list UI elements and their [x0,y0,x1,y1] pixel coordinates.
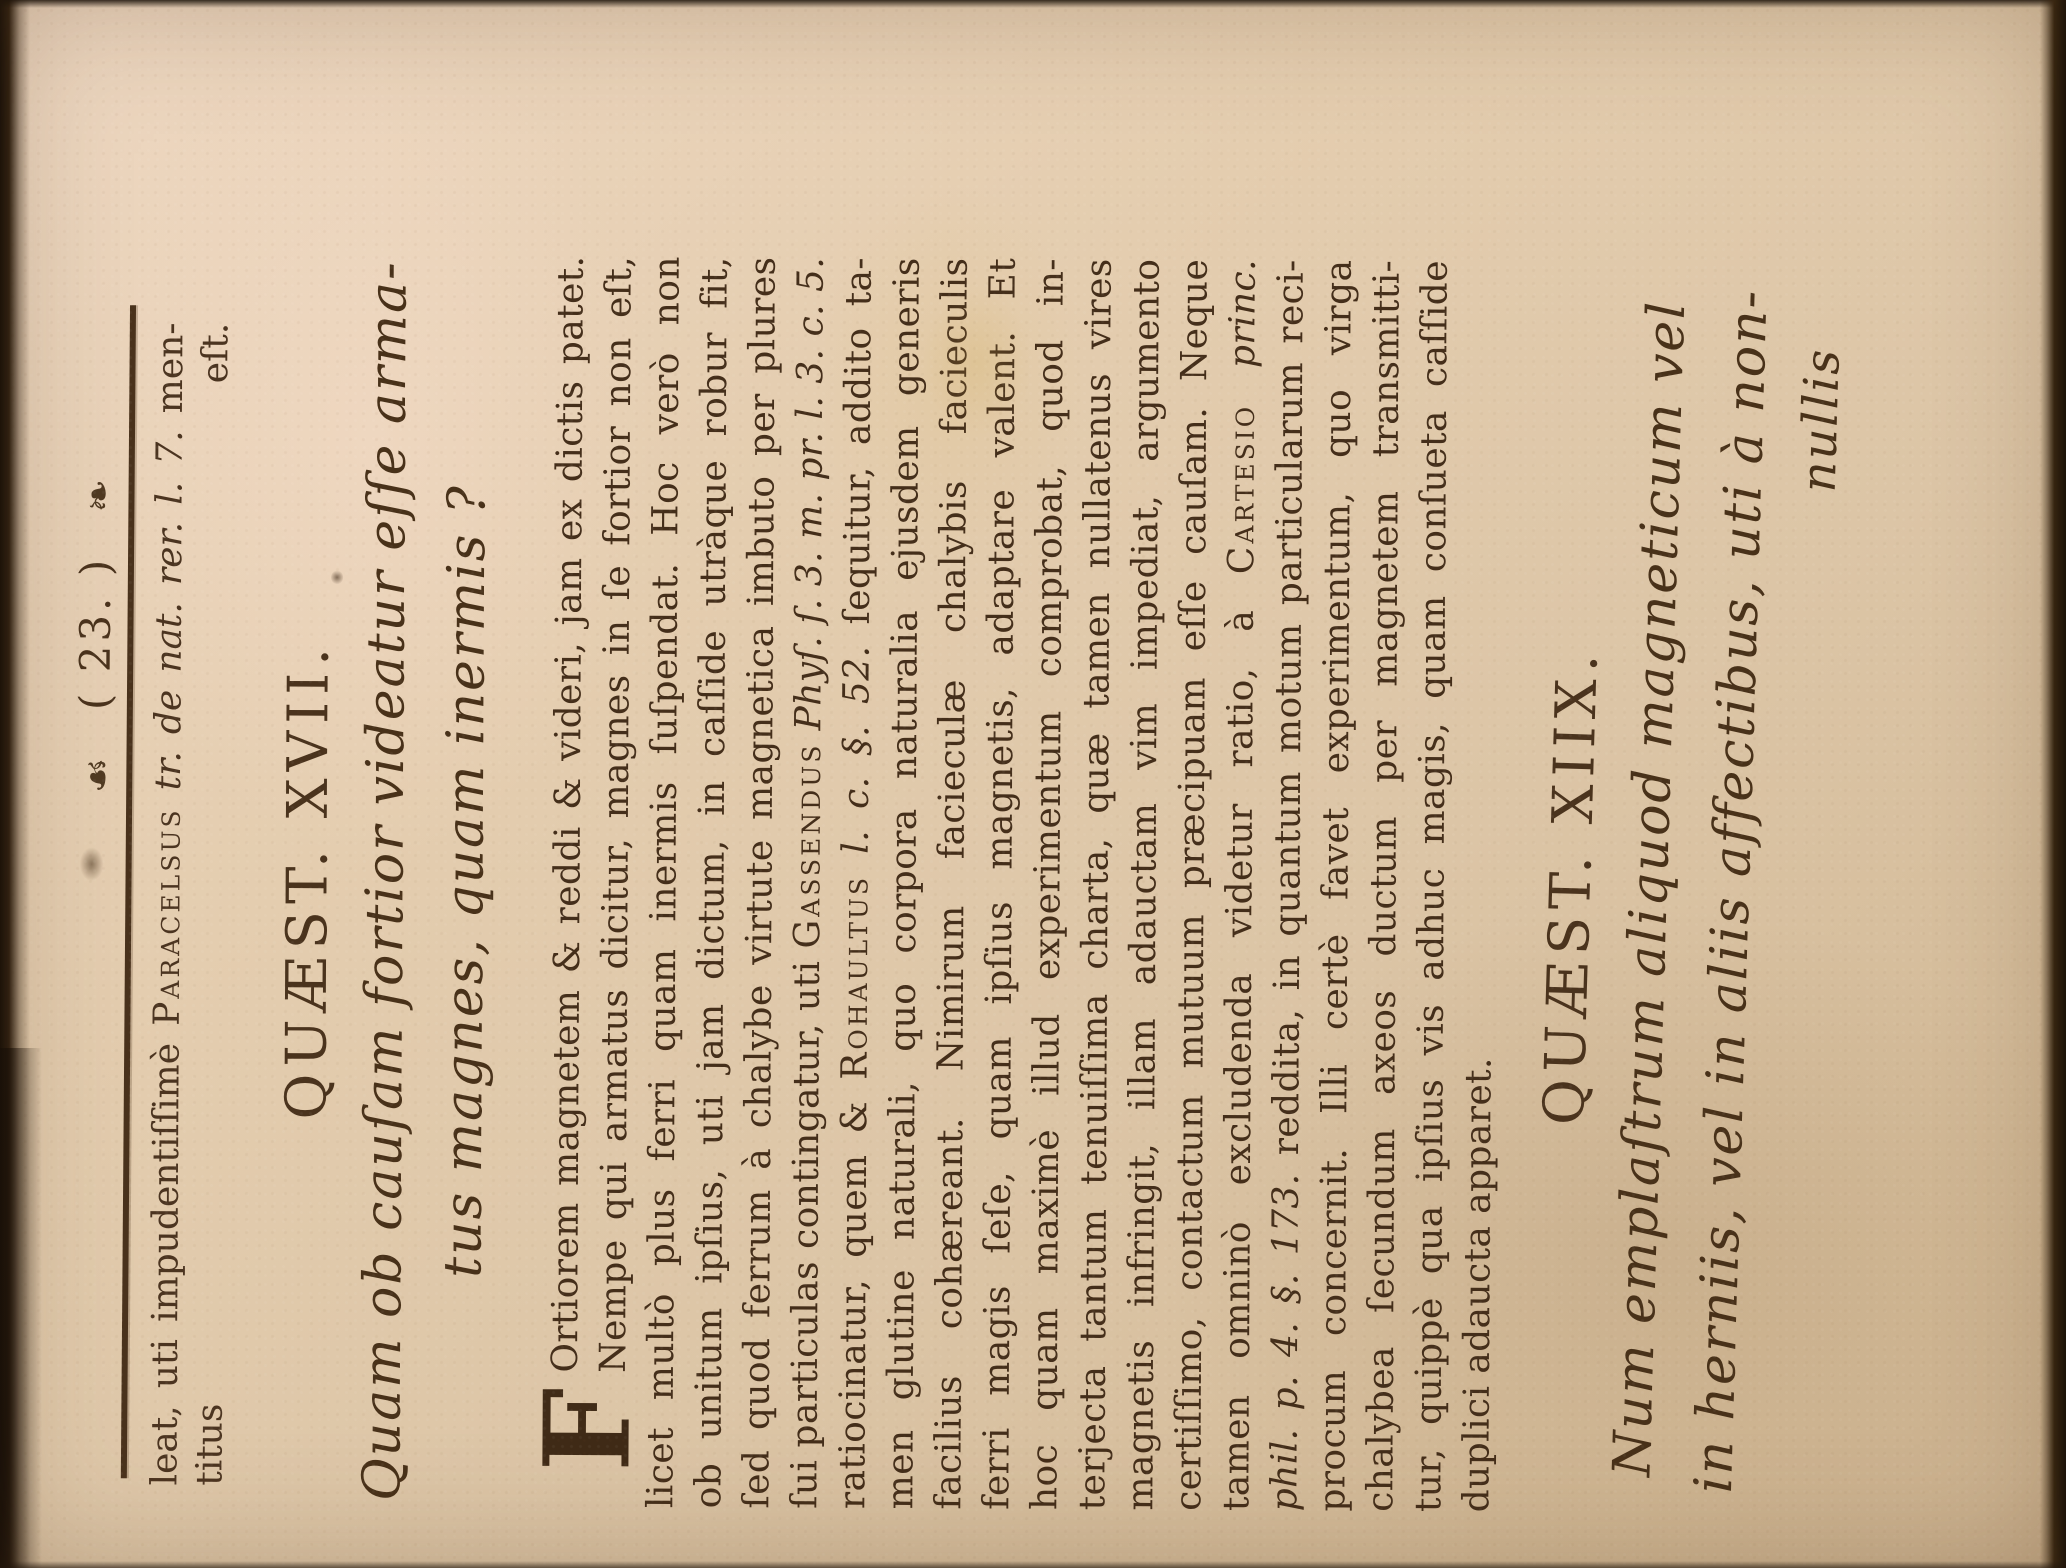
paragraph-continuation: leat, uti impudentiſſimè Paracelsus tr. … [142,322,238,1485]
paper-stain [922,287,1033,438]
quaest-17-subtitle: Quam ob cauſam fortior videatur eſſe arm… [342,254,509,1507]
quaest-17-body: F Ortiorem magnetem & reddi & videri, ja… [541,255,1508,1512]
header-rule [121,305,136,1478]
page-content: ☙ ( 23. ) ❧ leat, uti impudentiſſimè Par… [0,0,2066,1568]
fleuron-left-icon: ☙ [75,753,121,793]
quaest-17-heading: QUÆST. XVII. [272,254,344,1506]
quaest-17-body-lines: Ortiorem magnetem & reddi & videri, jam … [541,255,1508,1512]
ink-fleck [331,570,343,584]
drop-cap: F [541,1387,633,1472]
fleuron-right-icon: ❧ [76,475,122,513]
catchword-nullis: nullis [1791,347,1851,493]
quaest-18-subtitle: Num emplaſtrum aliquod magneticum velin … [1590,262,1791,1518]
ink-smudge [79,847,103,881]
page: ☙ ( 23. ) ❧ leat, uti impudentiſſimè Par… [0,0,2066,1568]
scanned-book-page: ☙ ( 23. ) ❧ leat, uti impudentiſſimè Par… [0,0,2066,1568]
page-number: ( 23. ) [70,556,120,711]
quaest-18-section: QUÆST. XIIX. Num emplaſtrum aliquod magn… [0,0,28,1523]
page-header: ☙ ( 23. ) ❧ [67,0,123,1273]
